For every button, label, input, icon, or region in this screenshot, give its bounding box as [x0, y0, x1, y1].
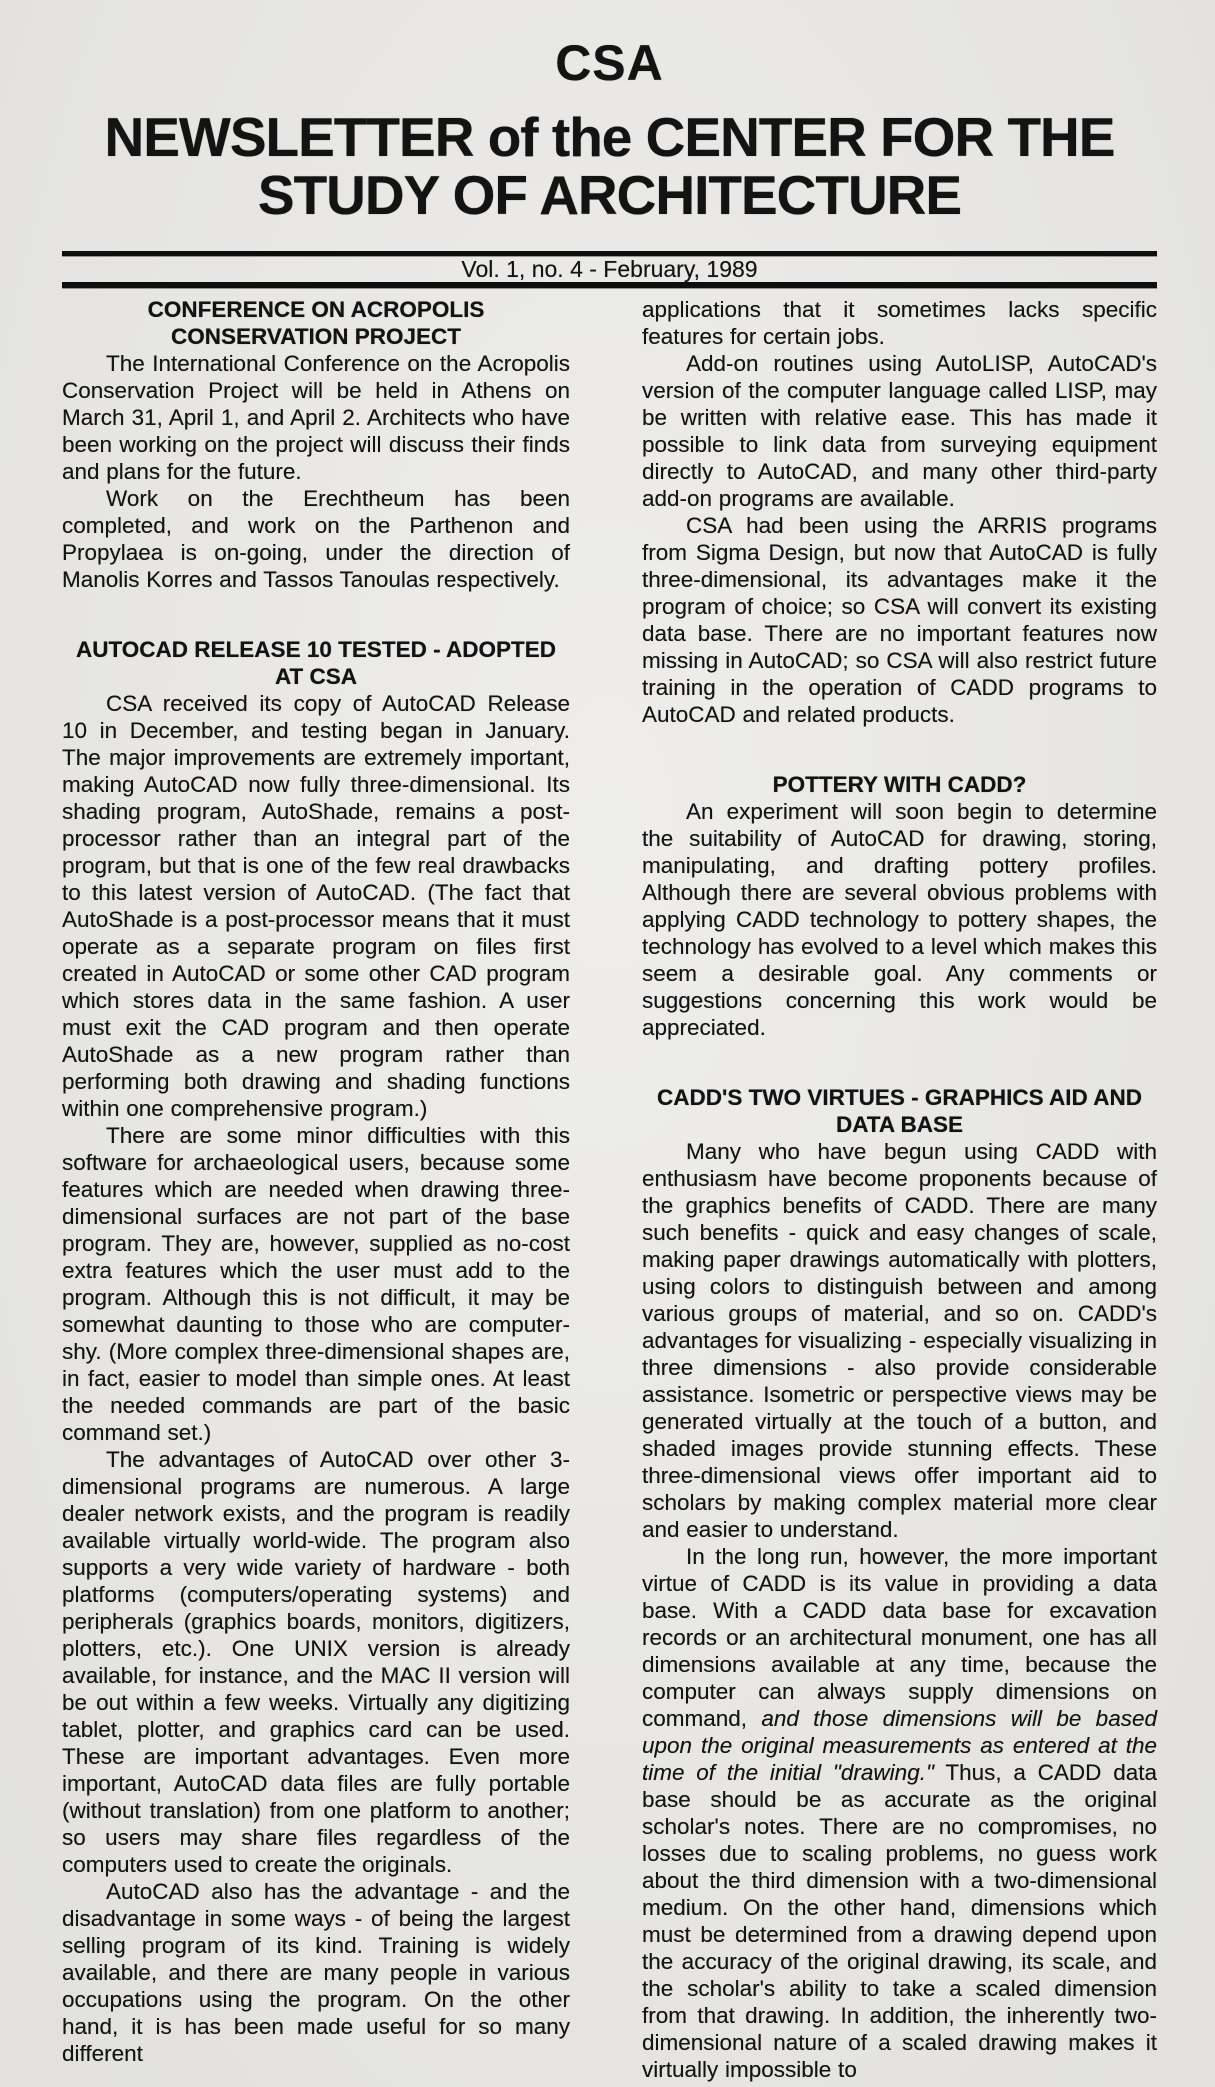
heading-acropolis-conference: CONFERENCE ON ACROPOLIS CONSERVATION PRO… [62, 296, 570, 350]
cadd-virtues-2-rest: Thus, a CADD data base should be as accu… [642, 1760, 1157, 2082]
paragraph-autocad-1: CSA received its copy of AutoCAD Release… [62, 690, 570, 1122]
paragraph-autocad-6: Add-on routines using AutoLISP, AutoCAD'… [642, 350, 1157, 512]
heading-autocad-release: AUTOCAD RELEASE 10 TESTED - ADOPTED AT C… [62, 636, 570, 690]
paragraph-cadd-virtues-1: Many who have begun using CADD with enth… [642, 1138, 1157, 1543]
paragraph-acropolis-2: Work on the Erechtheum has been complete… [62, 485, 570, 593]
heading-autocad-line2: AT CSA [62, 663, 570, 690]
newsletter-page: CSA NEWSLETTER of the CENTER FOR THE STU… [0, 0, 1215, 2087]
heading-acropolis-line2: CONSERVATION PROJECT [62, 323, 570, 350]
newsletter-title: NEWSLETTER of the CENTER FOR THE STUDY O… [62, 108, 1157, 224]
paragraph-acropolis-1: The International Conference on the Acro… [62, 350, 570, 485]
paragraph-autocad-5-continued: applications that it sometimes lacks spe… [642, 296, 1157, 350]
heading-acropolis-line1: CONFERENCE ON ACROPOLIS [62, 296, 570, 323]
article-columns: CONFERENCE ON ACROPOLIS CONSERVATION PRO… [62, 296, 1157, 2083]
paragraph-autocad-3: The advantages of AutoCAD over other 3-d… [62, 1446, 570, 1878]
issue-line: Vol. 1, no. 4 - February, 1989 [62, 256, 1157, 282]
issue-block: Vol. 1, no. 4 - February, 1989 [62, 251, 1157, 288]
newsletter-title-line2: STUDY OF ARCHITECTURE [62, 166, 1157, 224]
paragraph-autocad-2: There are some minor difficulties with t… [62, 1122, 570, 1446]
left-column: CONFERENCE ON ACROPOLIS CONSERVATION PRO… [62, 296, 570, 2083]
heading-cadd-virtues-line1: CADD'S TWO VIRTUES - GRAPHICS AID AND [642, 1084, 1157, 1111]
paragraph-autocad-7: CSA had been using the ARRIS programs fr… [642, 512, 1157, 728]
newsletter-title-line1: NEWSLETTER of the CENTER FOR THE [62, 108, 1157, 166]
paragraph-pottery-1: An experiment will soon begin to determi… [642, 798, 1157, 1041]
right-column: applications that it sometimes lacks spe… [642, 296, 1157, 2083]
paragraph-cadd-virtues-2: In the long run, however, the more impor… [642, 1543, 1157, 2083]
heading-cadd-virtues: CADD'S TWO VIRTUES - GRAPHICS AID AND DA… [642, 1084, 1157, 1138]
paragraph-autocad-4: AutoCAD also has the advantage - and the… [62, 1878, 570, 2067]
heading-cadd-virtues-line2: DATA BASE [642, 1111, 1157, 1138]
brand-title: CSA [62, 34, 1157, 92]
cadd-virtues-2-intro: In the long run, however, the more impor… [642, 1544, 1157, 1731]
heading-pottery: POTTERY WITH CADD? [642, 771, 1157, 798]
masthead: CSA NEWSLETTER of the CENTER FOR THE STU… [62, 34, 1157, 224]
heading-autocad-line1: AUTOCAD RELEASE 10 TESTED - ADOPTED [62, 636, 570, 663]
bottom-rule-divider [62, 282, 1157, 288]
